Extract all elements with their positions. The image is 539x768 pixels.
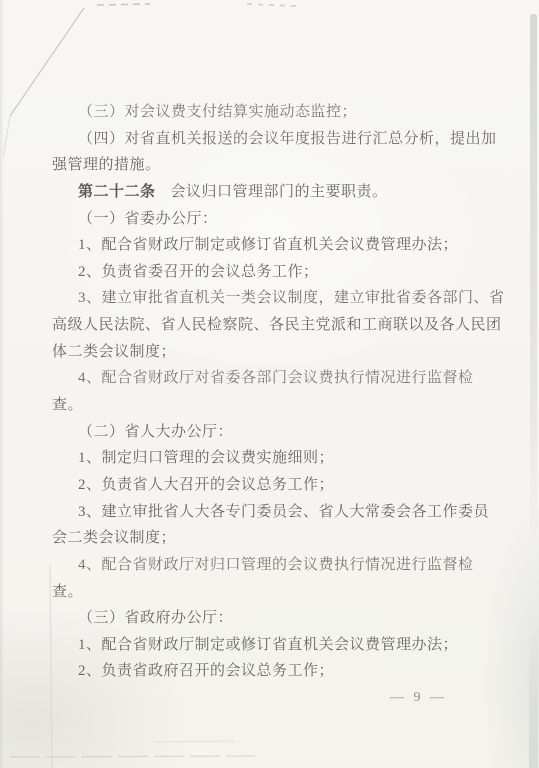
text-line: 强管理的措施。	[52, 152, 494, 179]
text-line: 高级人民法院、省人民检察院、各民主党派和工商联以及各人民团	[52, 312, 494, 339]
text-line: 4、配合省财政厅对省委各部门会议费执行情况进行监督检	[52, 365, 494, 392]
article-number: 第二十二条	[78, 184, 156, 200]
text-line: 2、负责省政府召开的会议总务工作；	[52, 658, 494, 685]
scanned-document-page: （三）对会议费支付结算实施动态监控； （四）对省直机关报送的会议年度报告进行汇总…	[0, 0, 539, 768]
text-line: 会二类会议制度；	[52, 525, 494, 552]
page-number: — 9 —	[390, 690, 447, 706]
text-line: 2、负责省人大召开的会议总务工作；	[52, 472, 494, 499]
top-edge-mark-right	[247, 4, 296, 6]
page-left-edge-shadow	[0, 0, 4, 768]
text-line: 1、配合省财政厅制定或修订省直机关会议费管理办法；	[52, 632, 494, 659]
text-line: （一）省委办公厅：	[52, 206, 494, 233]
text-line: 查。	[52, 579, 494, 606]
page-right-edge-shadow	[530, 14, 537, 534]
text-line: 3、建立审批省直机关一类会议制度，建立审批省委各部门、省	[52, 285, 494, 312]
text-line: 4、配合省财政厅对归口管理的会议费执行情况进行监督检	[52, 552, 494, 579]
text-line: （四）对省直机关报送的会议年度报告进行汇总分析，提出加	[52, 126, 494, 153]
text-line: 体二类会议制度；	[52, 339, 494, 366]
text-line: 1、制定归口管理的会议费实施细则；	[52, 445, 494, 472]
article-title: 会议归口管理部门的主要职责。	[171, 184, 388, 200]
document-body: （三）对会议费支付结算实施动态监控； （四）对省直机关报送的会议年度报告进行汇总…	[52, 99, 494, 685]
text-line: （三）对会议费支付结算实施动态监控；	[52, 99, 494, 126]
text-line: 查。	[52, 392, 494, 419]
scratch-mark-tail	[3, 116, 10, 158]
text-line: 1、配合省财政厅制定或修订省直机关会议费管理办法；	[52, 232, 494, 259]
bottom-edge-mark	[10, 756, 255, 757]
text-line: （二）省人大办公厅：	[52, 419, 494, 446]
text-line: 2、负责省委召开的会议总务工作；	[52, 259, 494, 286]
text-line-article-heading: 第二十二条会议归口管理部门的主要职责。	[52, 179, 494, 206]
bottom-smudge-line	[155, 741, 235, 742]
text-line: （三）省政府办公厅：	[52, 605, 494, 632]
top-edge-mark-left	[97, 4, 150, 5]
text-line: 3、建立审批省人大各专门委员会、省人大常委会各工作委员	[52, 499, 494, 526]
page-right-edge-shadow-lower	[529, 618, 538, 768]
